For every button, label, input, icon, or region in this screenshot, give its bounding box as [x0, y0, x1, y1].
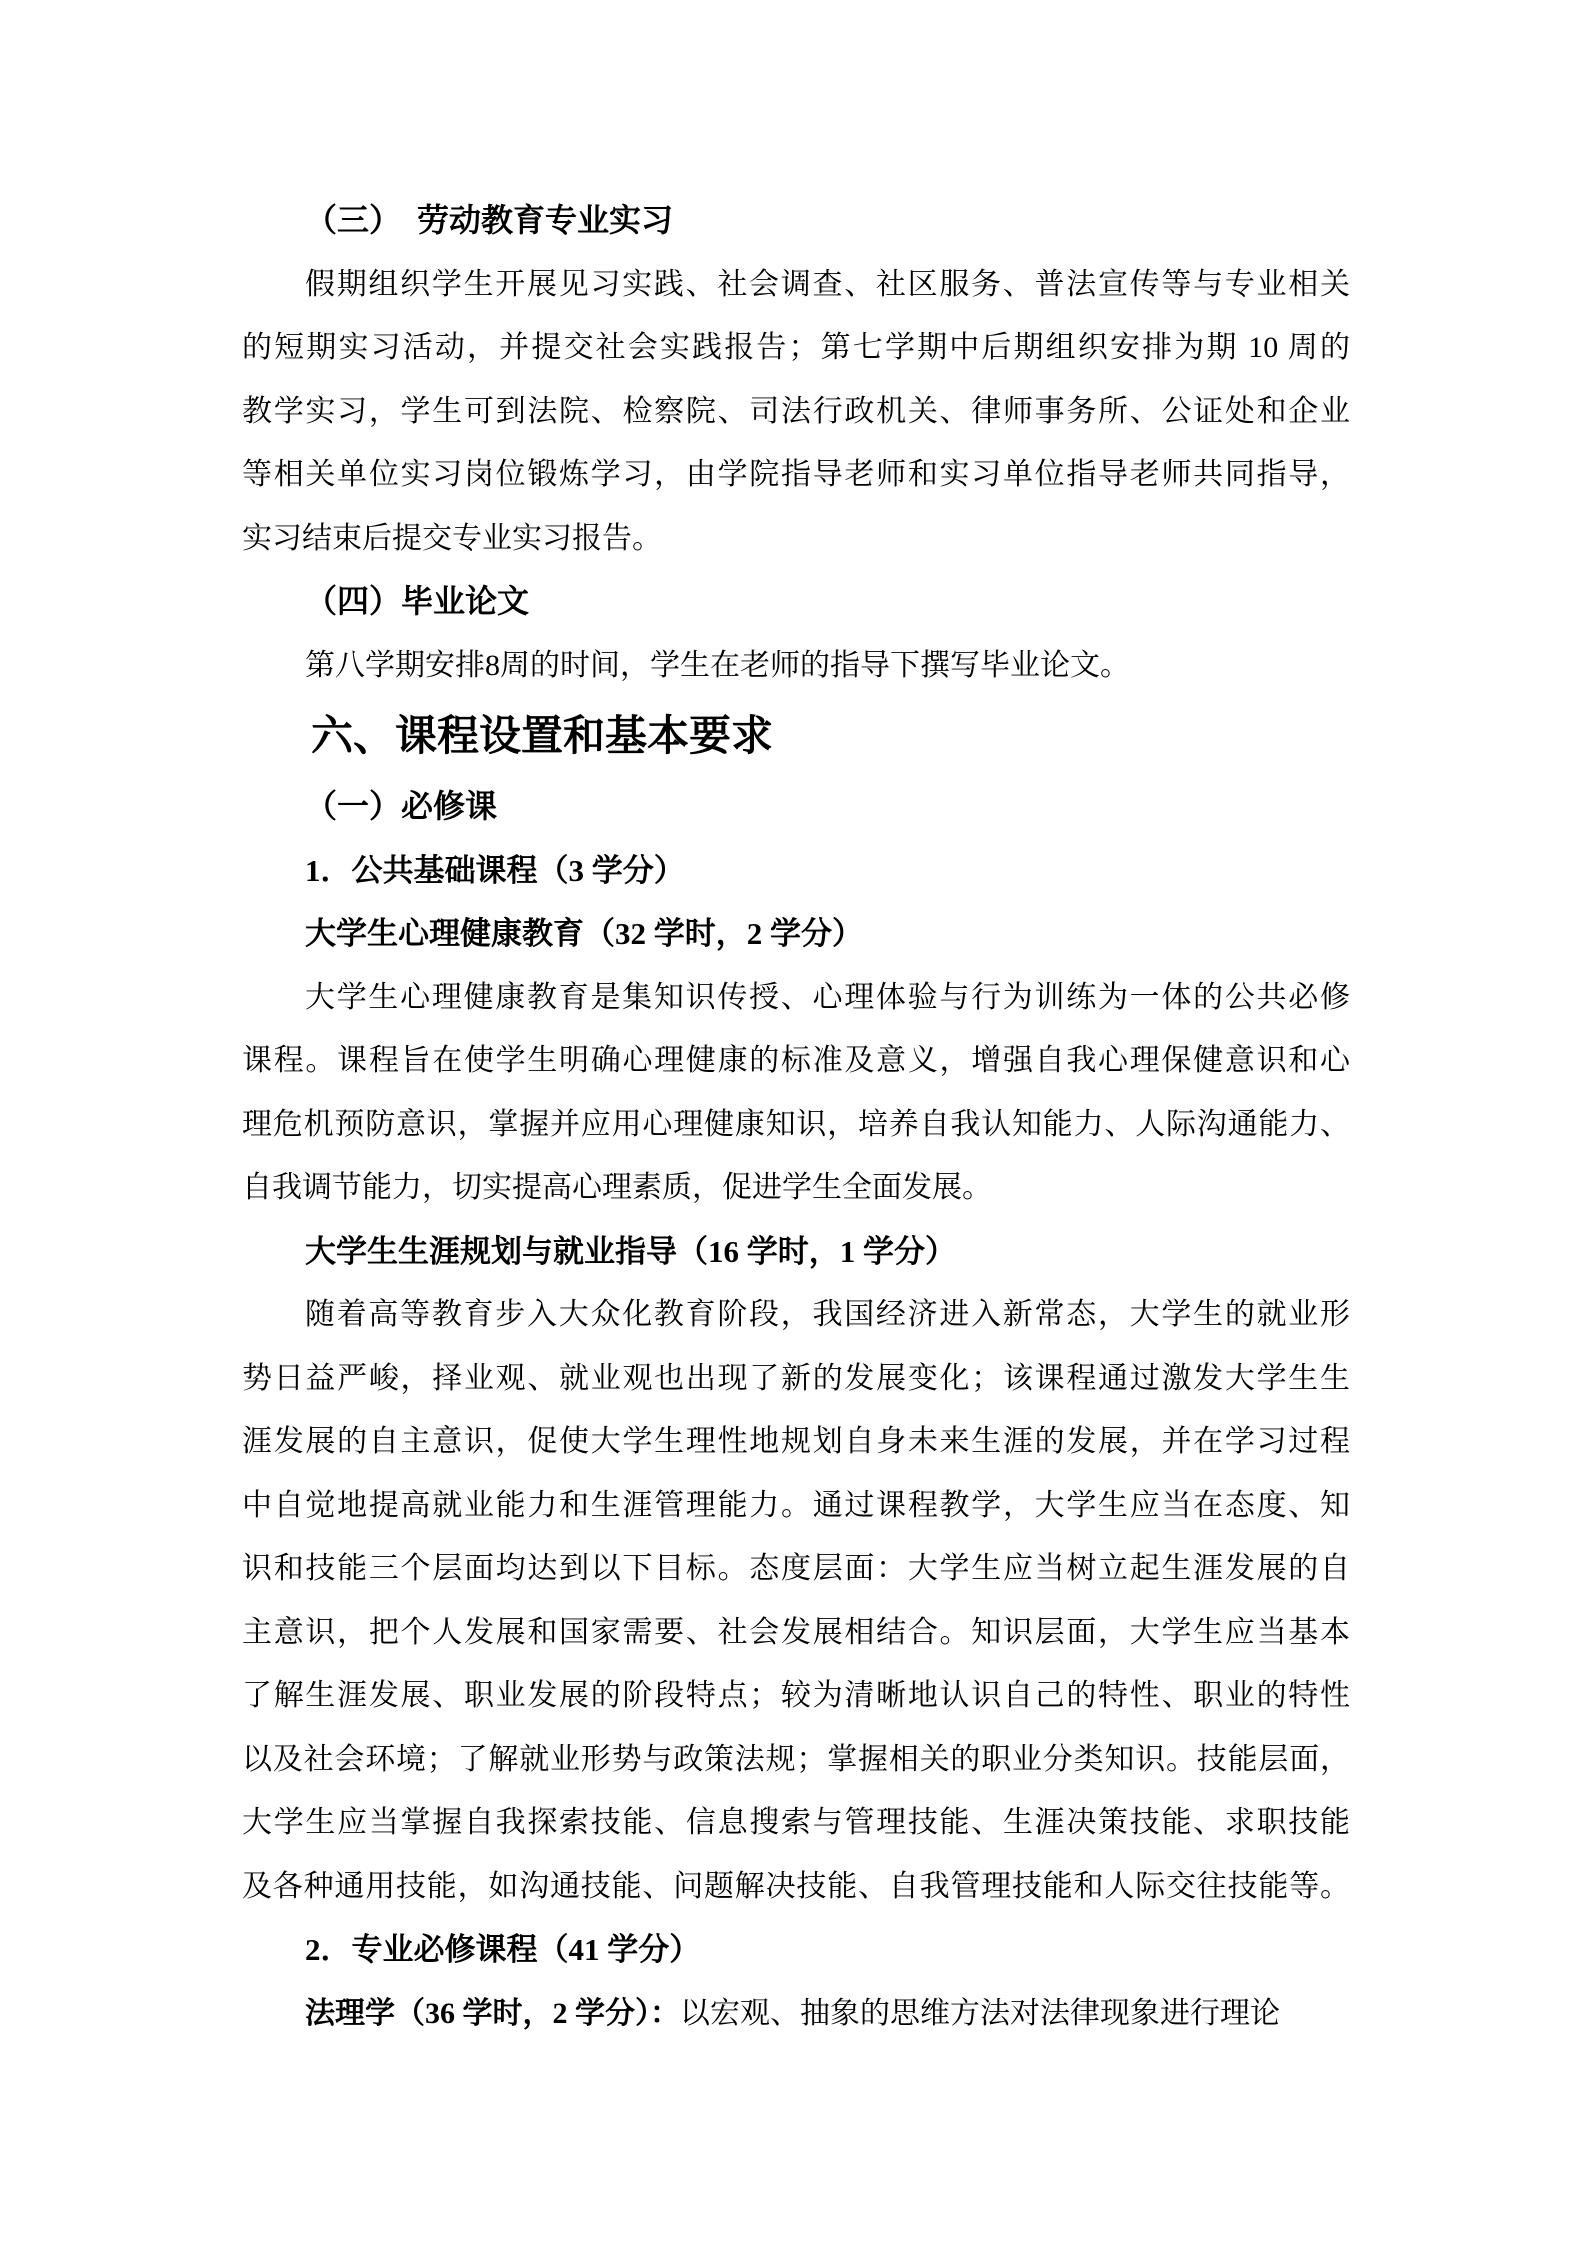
jurisprudence-course-description: 以宏观、抽象的思维方法对法律现象进行理论 [680, 1997, 1280, 2030]
heading-labor-education-internship: （三） 劳动教育专业实习 [242, 189, 1350, 253]
paragraph-line: 理危机预防意识，掌握并应用心理健康知识，培养自我认知能力、人际沟通能力、 [242, 1093, 1350, 1157]
paragraph-line: 自我调节能力，切实提高心理素质，促进学生全面发展。 [242, 1156, 1350, 1220]
heading-major-required-courses: 2．专业必修课程（41 学分） [242, 1918, 1350, 1982]
heading-mental-health-course: 大学生心理健康教育（32 学时，2 学分） [242, 902, 1350, 966]
heading-required-courses: （一）必修课 [242, 775, 1350, 839]
heading-public-basic-courses: 1．公共基础课程（3 学分） [242, 839, 1350, 903]
paragraph-line: 以及社会环境；了解就业形势与政策法规；掌握相关的职业分类知识。技能层面， [242, 1728, 1350, 1792]
heading-graduation-thesis: （四）毕业论文 [242, 570, 1350, 634]
paragraph-line: 大学生应当掌握自我探索技能、信息搜索与管理技能、生涯决策技能、求职技能 [242, 1791, 1350, 1855]
paragraph-line: 等相关单位实习岗位锻炼学习，由学院指导老师和实习单位指导老师共同指导， [242, 443, 1350, 507]
paragraph-line: 随着高等教育步入大众化教育阶段，我国经济进入新常态，大学生的就业形 [242, 1283, 1350, 1347]
paragraph-line: 识和技能三个层面均达到以下目标。态度层面：大学生应当树立起生涯发展的自 [242, 1537, 1350, 1601]
paragraph-line: 大学生心理健康教育是集知识传授、心理体验与行为训练为一体的公共必修 [242, 966, 1350, 1030]
jurisprudence-course-title: 法理学（36 学时，2 学分）： [305, 1997, 680, 2030]
paragraph-line: 了解生涯发展、职业发展的阶段特点；较为清晰地认识自己的特性、职业的特性 [242, 1664, 1350, 1728]
paragraph-line: 的短期实习活动，并提交社会实践报告；第七学期中后期组织安排为期 10 周的 [242, 316, 1350, 380]
paragraph-line: 及各种通用技能，如沟通技能、问题解决技能、自我管理技能和人际交往技能等。 [242, 1855, 1350, 1919]
heading-career-planning-course: 大学生生涯规划与就业指导（16 学时，1 学分） [242, 1220, 1350, 1284]
paragraph-line: 主意识，把个人发展和国家需要、社会发展相结合。知识层面，大学生应当基本 [242, 1601, 1350, 1665]
paragraph-line: 势日益严峻，择业观、就业观也出现了新的发展变化；该课程通过激发大学生生 [242, 1347, 1350, 1411]
paragraph-line: 假期组织学生开展见习实践、社会调查、社区服务、普法宣传等与专业相关 [242, 253, 1350, 317]
paragraph-graduation-thesis: 第八学期安排8周的时间，学生在老师的指导下撰写毕业论文。 [242, 634, 1350, 698]
heading-chapter-six-curriculum: 六、课程设置和基本要求 [242, 697, 1350, 775]
document-page: （三） 劳动教育专业实习 假期组织学生开展见习实践、社会调查、社区服务、普法宣传… [0, 0, 1587, 2245]
paragraph-labor-internship: 假期组织学生开展见习实践、社会调查、社区服务、普法宣传等与专业相关 的短期实习活… [242, 253, 1350, 571]
paragraph-line: 教学实习，学生可到法院、检察院、司法行政机关、律师事务所、公证处和企业 [242, 380, 1350, 444]
paragraph-mental-health: 大学生心理健康教育是集知识传授、心理体验与行为训练为一体的公共必修 课程。课程旨… [242, 966, 1350, 1220]
paragraph-career-planning: 随着高等教育步入大众化教育阶段，我国经济进入新常态，大学生的就业形 势日益严峻，… [242, 1283, 1350, 1918]
paragraph-line: 法理学（36 学时，2 学分）：以宏观、抽象的思维方法对法律现象进行理论 [242, 1982, 1350, 2046]
paragraph-line: 涯发展的自主意识，促使大学生理性地规划自身未来生涯的发展，并在学习过程 [242, 1410, 1350, 1474]
paragraph-line: 第八学期安排8周的时间，学生在老师的指导下撰写毕业论文。 [242, 634, 1350, 698]
paragraph-line: 中自觉地提高就业能力和生涯管理能力。通过课程教学，大学生应当在态度、知 [242, 1474, 1350, 1538]
paragraph-line: 课程。课程旨在使学生明确心理健康的标准及意义，增强自我心理保健意识和心 [242, 1029, 1350, 1093]
paragraph-line: 实习结束后提交专业实习报告。 [242, 507, 1350, 571]
paragraph-jurisprudence: 法理学（36 学时，2 学分）：以宏观、抽象的思维方法对法律现象进行理论 [242, 1982, 1350, 2046]
